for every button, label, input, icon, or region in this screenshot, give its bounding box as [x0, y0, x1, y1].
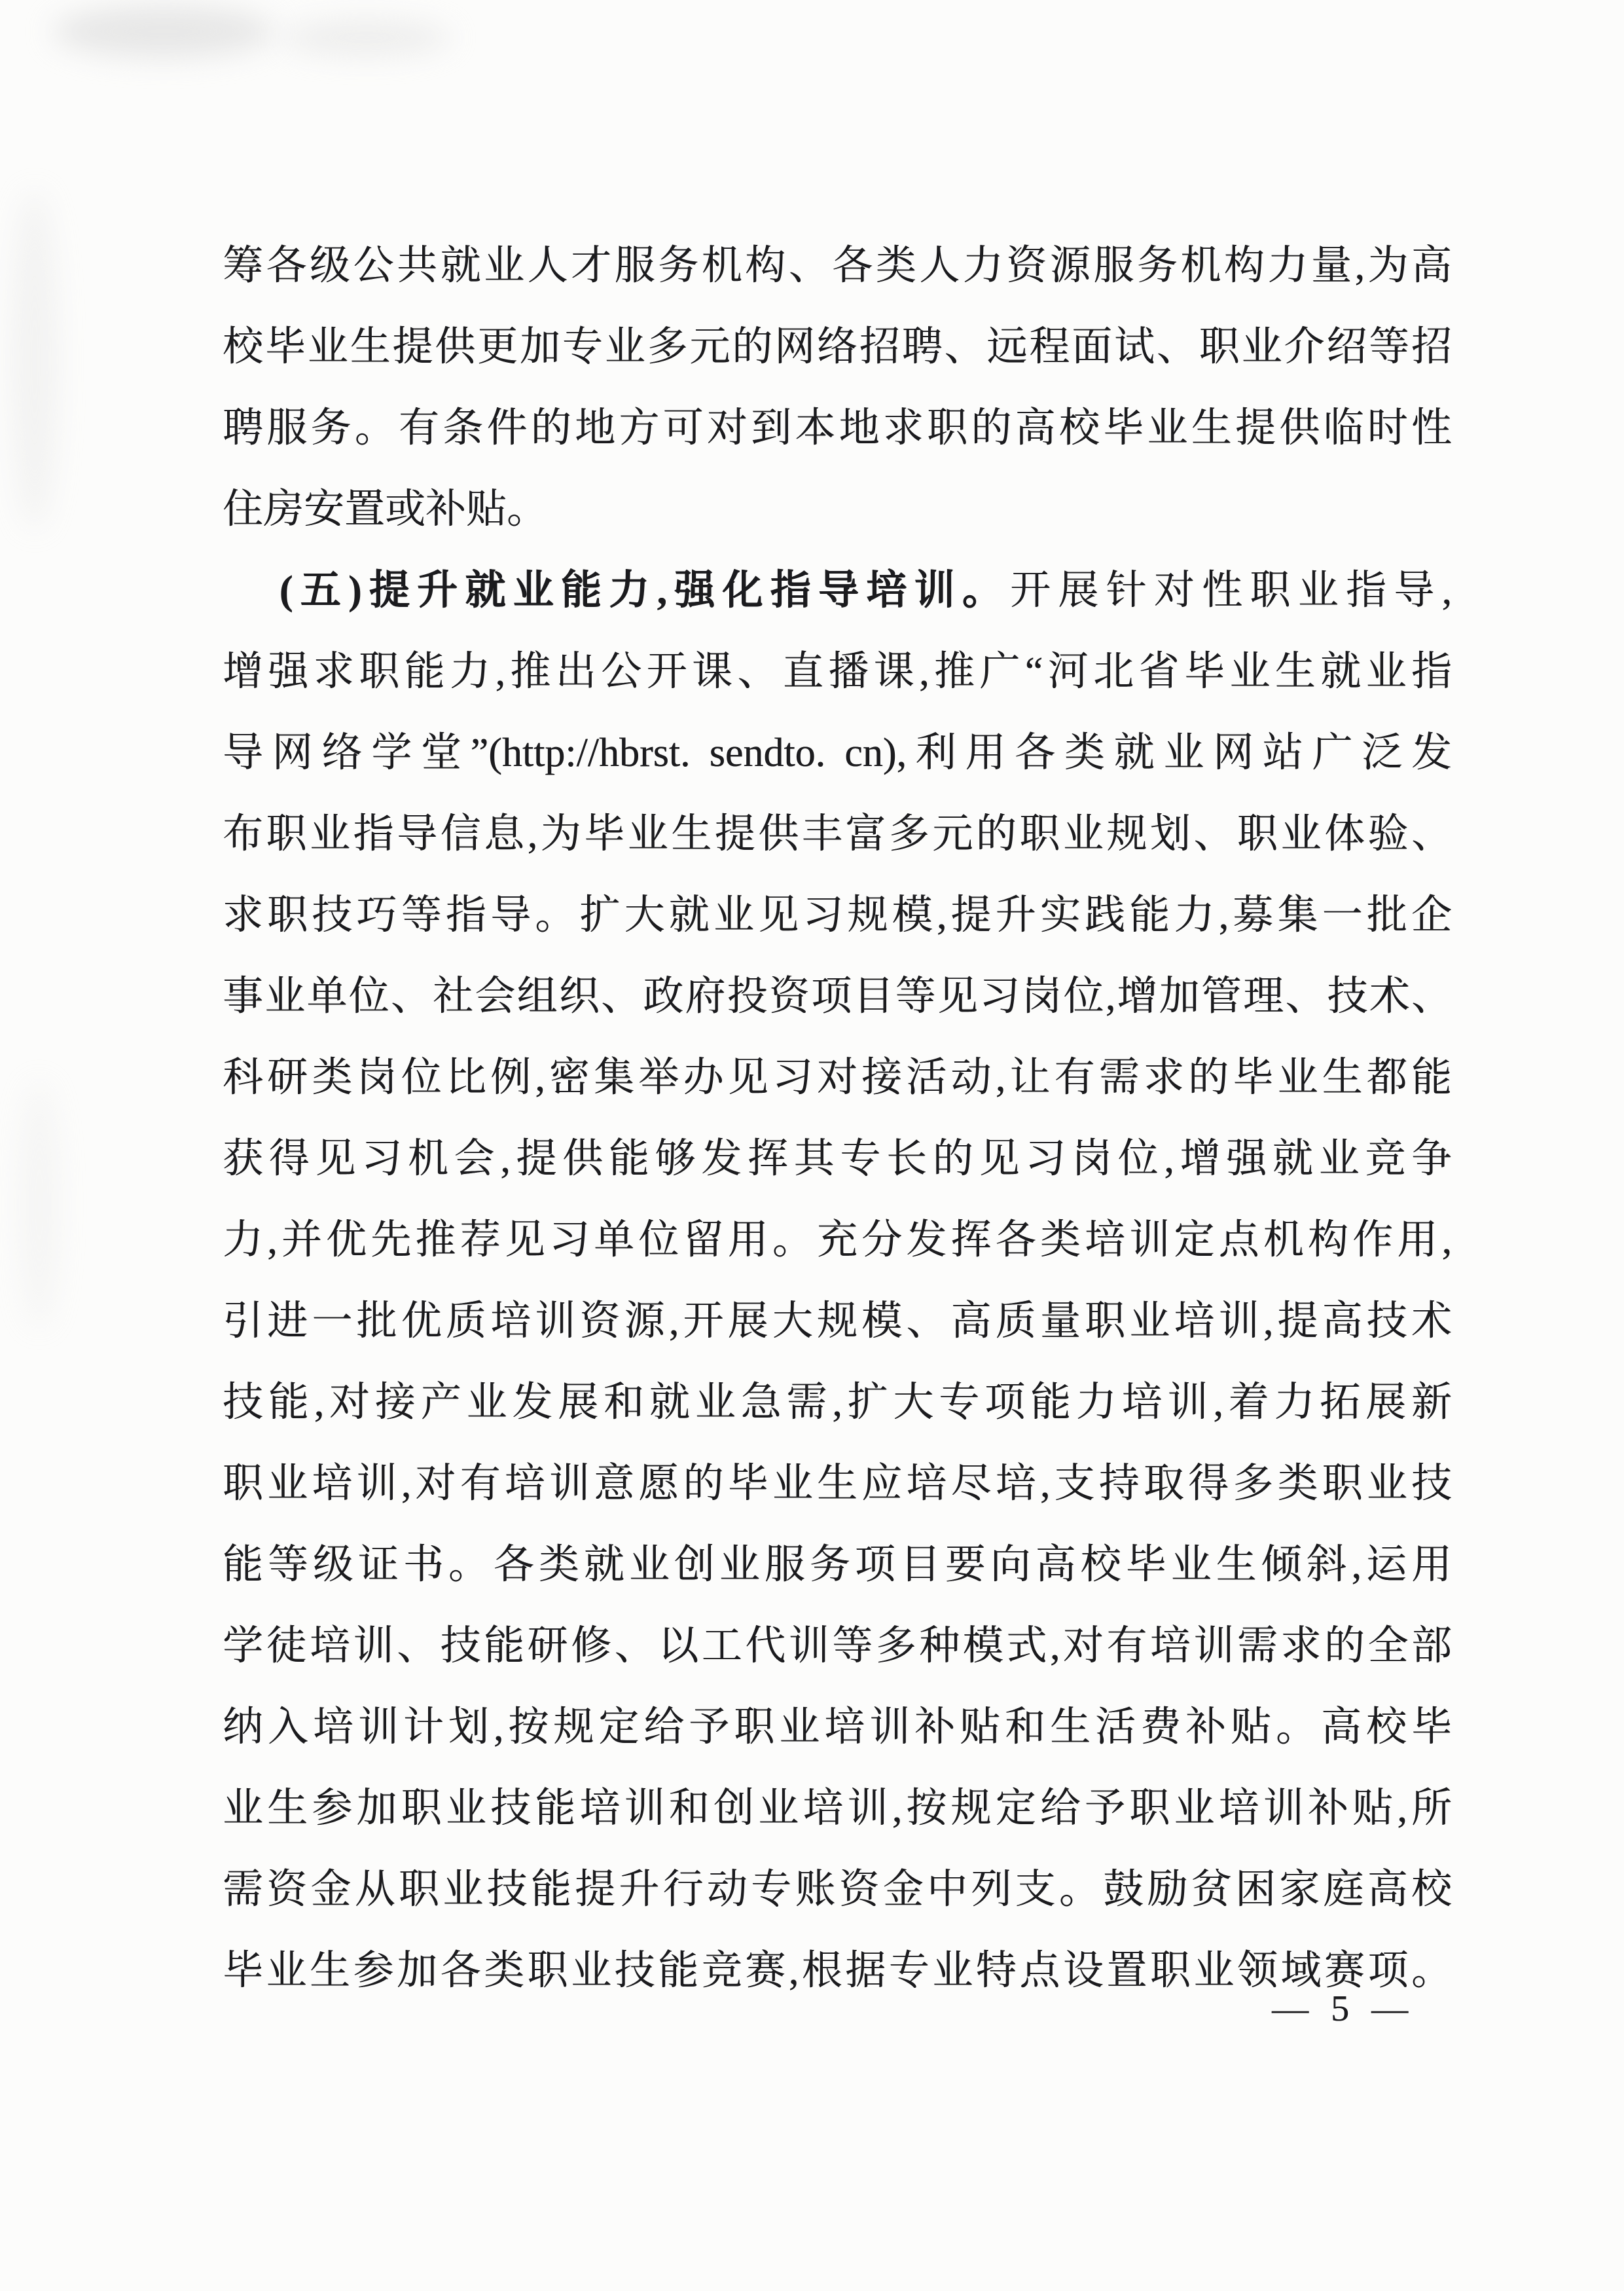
text-line: 聘服务。有条件的地方可对到本地求职的高校毕业生提供临时性: [223, 388, 1452, 469]
text-line: 能等级证书。各类就业创业服务项目要向高校毕业生倾斜,运用: [223, 1524, 1452, 1605]
body-text: 筹各级公共就业人才服务机构、各类人力资源服务机构力量,为高 校毕业生提供更加专业…: [223, 225, 1452, 2011]
text-line: 纳入培训计划,按规定给予职业培训补贴和生活费补贴。高校毕: [223, 1687, 1452, 1768]
text-line: 住房安置或补贴。: [223, 469, 1452, 550]
text-line: 求职技巧等指导。扩大就业见习规模,提升实践能力,募集一批企: [223, 875, 1452, 956]
section-heading-tail: 开展针对性职业指导,: [1010, 568, 1452, 613]
text-line: 导网络学堂”(http://hbrst. sendto. cn),利用各类就业网…: [223, 712, 1452, 794]
text-line: 学徒培训、技能研修、以工代训等多种模式,对有培训需求的全部: [223, 1605, 1452, 1687]
text-line: 布职业指导信息,为毕业生提供丰富多元的职业规划、职业体验、: [223, 794, 1452, 875]
text-line: 科研类岗位比例,密集举办见习对接活动,让有需求的毕业生都能: [223, 1037, 1452, 1118]
text-line: 需资金从职业技能提升行动专账资金中列支。鼓励贫困家庭高校: [223, 1849, 1452, 1930]
text-line: 职业培训,对有培训意愿的毕业生应培尽培,支持取得多类职业技: [223, 1443, 1452, 1524]
text-line: 增强求职能力,推出公开课、直播课,推广“河北省毕业生就业指: [223, 631, 1452, 712]
text-line: 力,并优先推荐见习单位留用。充分发挥各类培训定点机构作用,: [223, 1200, 1452, 1281]
text-line: 技能,对接产业发展和就业急需,扩大专项能力培训,着力拓展新: [223, 1362, 1452, 1443]
text-line: 筹各级公共就业人才服务机构、各类人力资源服务机构力量,为高: [223, 225, 1452, 306]
scan-smudge: [20, 1080, 59, 1329]
text-line: 业生参加职业技能培训和创业培训,按规定给予职业培训补贴,所: [223, 1768, 1452, 1849]
text-line: 毕业生参加各类职业技能竞赛,根据专业特点设置职业领域赛项。: [223, 1930, 1452, 2011]
text-line: 引进一批优质培训资源,开展大规模、高质量职业培训,提高技术: [223, 1281, 1452, 1362]
scan-smudge: [52, 5, 275, 58]
page-number: — 5 —: [1272, 1983, 1415, 2035]
text-line: 事业单位、社会组织、政府投资项目等见习岗位,增加管理、技术、: [223, 956, 1452, 1037]
scan-smudge: [12, 190, 58, 530]
text-line: 获得见习机会,提供能够发挥其专长的见习岗位,增强就业竞争: [223, 1118, 1452, 1200]
document-page: 筹各级公共就业人才服务机构、各类人力资源服务机构力量,为高 校毕业生提供更加专业…: [0, 0, 1624, 2291]
text-line: 校毕业生提供更加专业多元的网络招聘、远程面试、职业介绍等招: [223, 306, 1452, 388]
scan-smudge: [281, 20, 452, 56]
section-heading-line: (五)提升就业能力,强化指导培训。开展针对性职业指导,: [223, 550, 1452, 631]
section-heading: (五)提升就业能力,强化指导培训。: [280, 568, 1010, 613]
